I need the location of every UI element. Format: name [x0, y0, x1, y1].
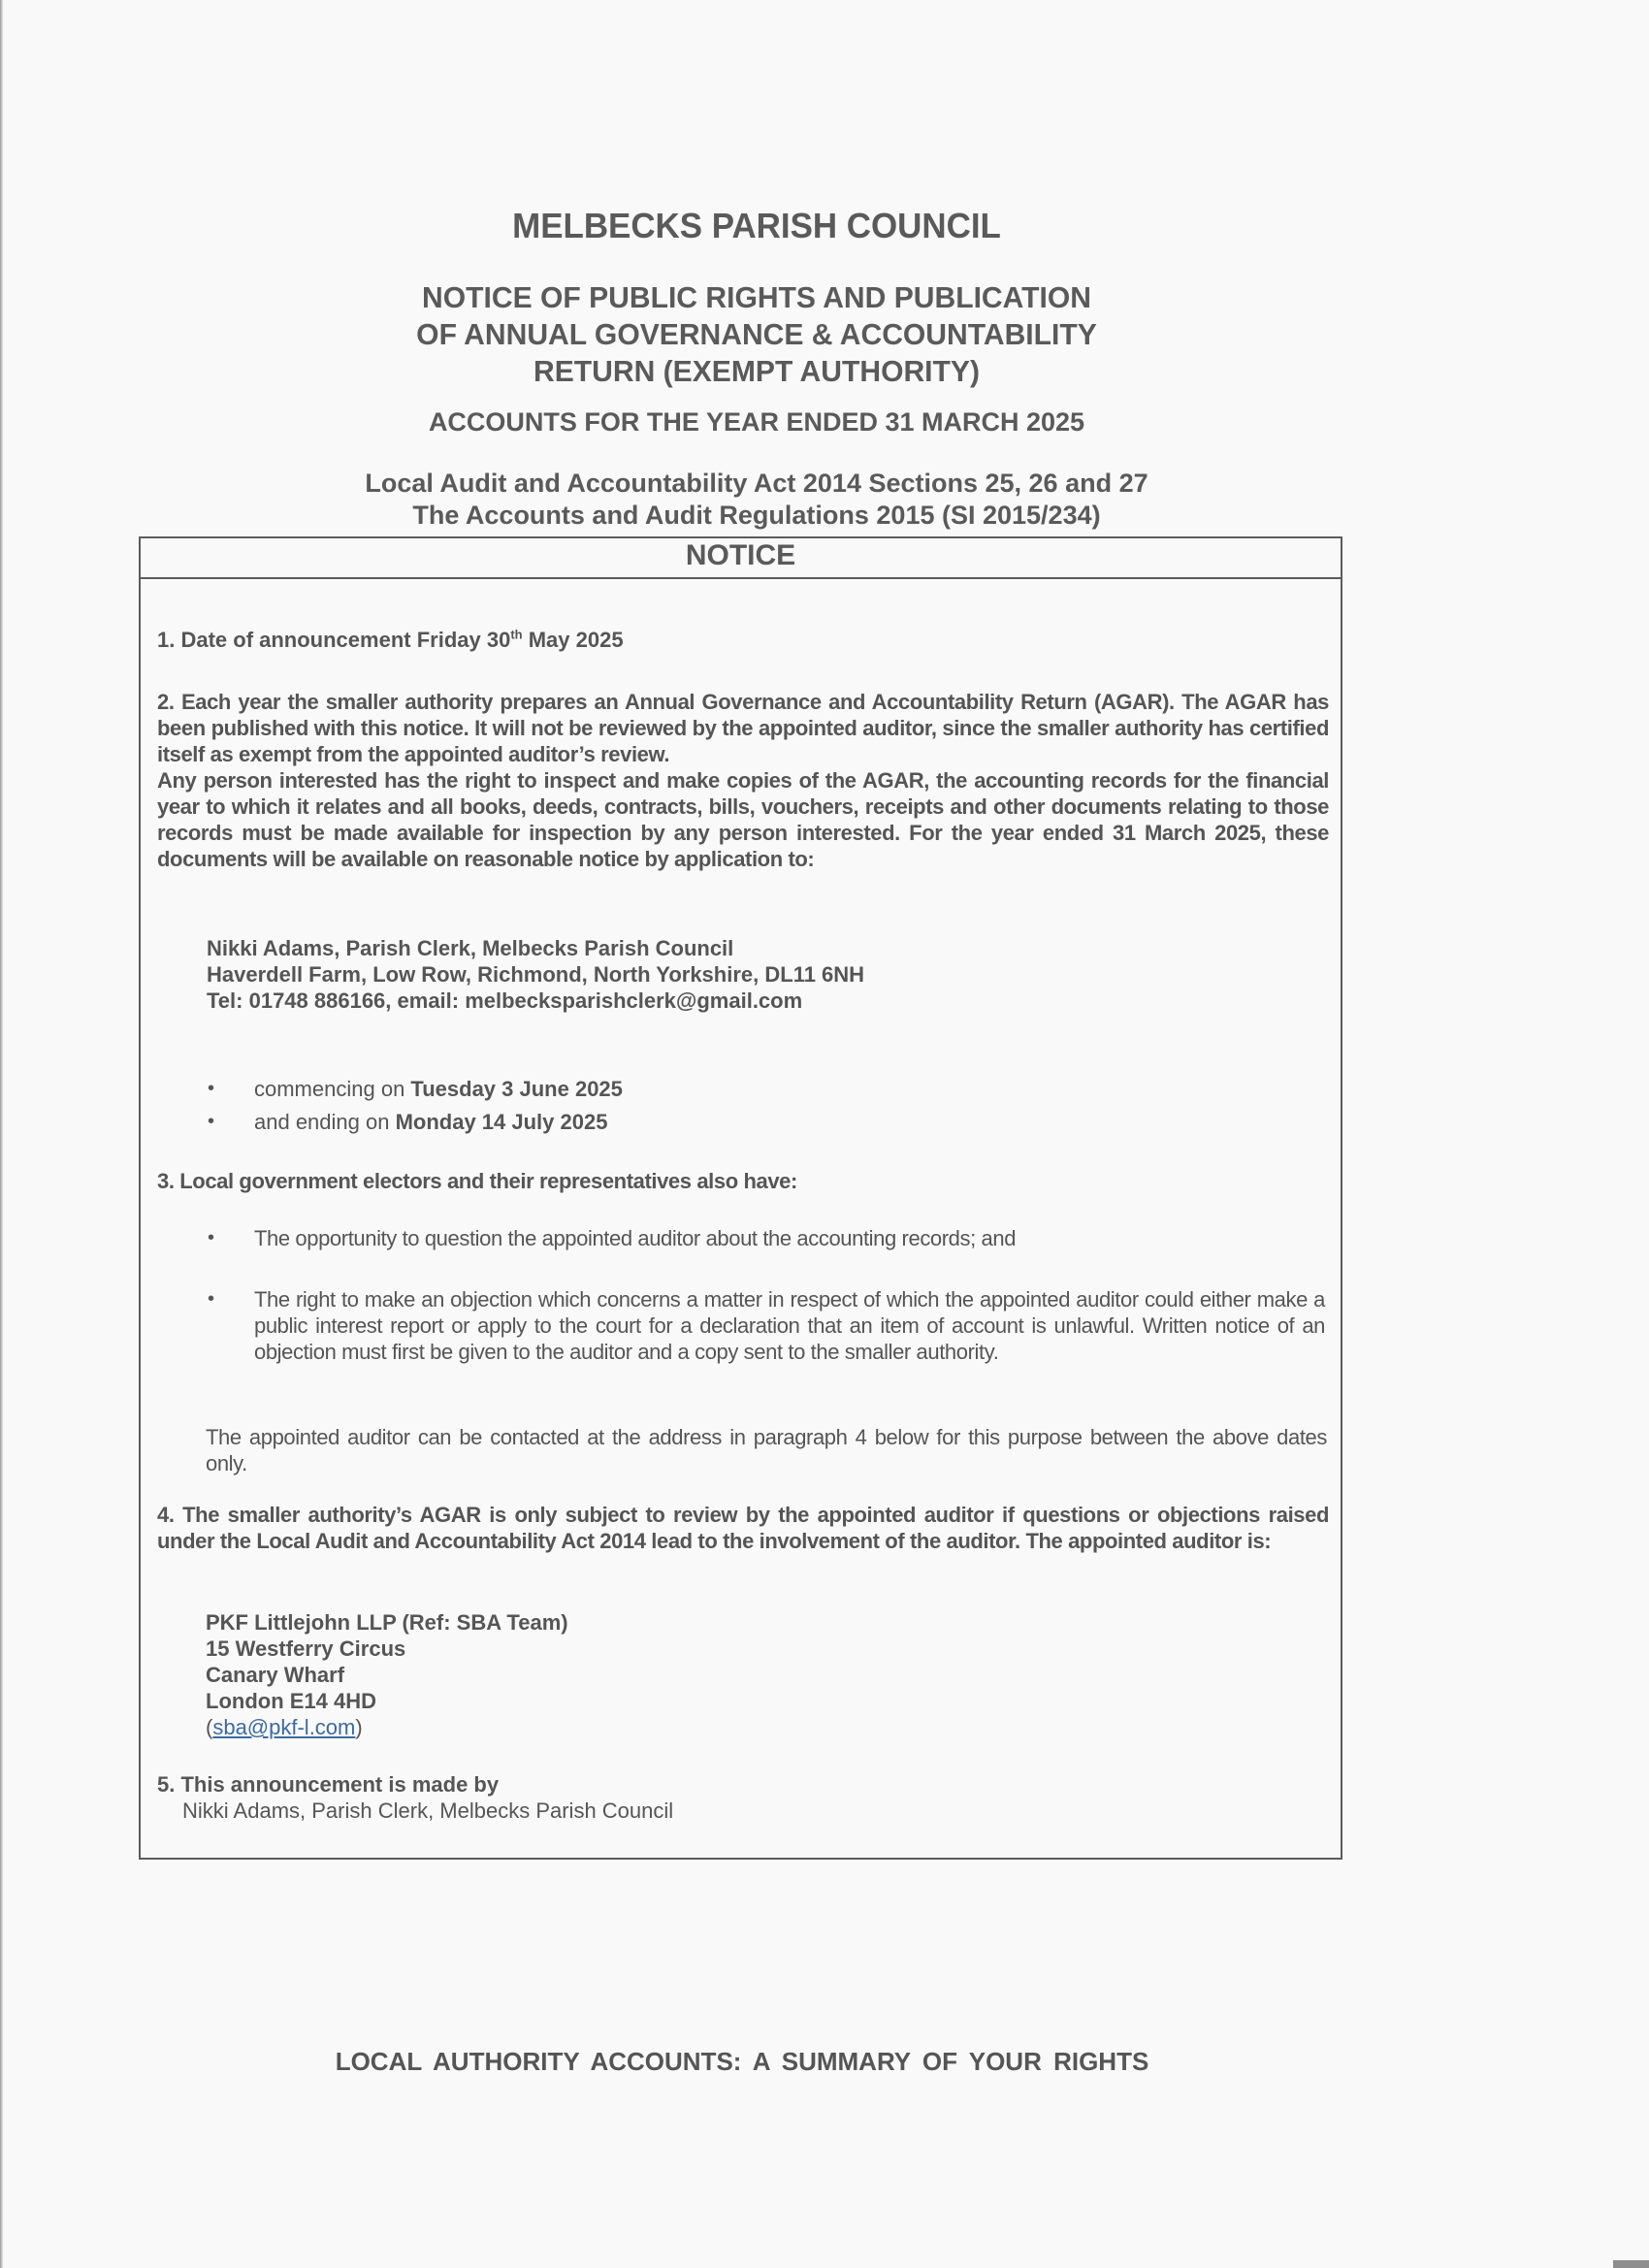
contact-name: Nikki Adams, Parish Clerk, Melbecks Pari… [207, 935, 1380, 961]
auditor-name: PKF Littlejohn LLP (Ref: SBA Team) [206, 1609, 1379, 1636]
list-item: • The opportunity to question the appoin… [157, 1225, 1331, 1251]
bullet-icon: • [208, 1109, 214, 1135]
council-title: MELBECKS PARISH COUNCIL [22, 206, 1490, 246]
accounts-year-line: ACCOUNTS FOR THE YEAR ENDED 31 MARCH 202… [0, 407, 1513, 437]
inspection-period-list: • commencing on Tuesday 3 June 2025 • an… [157, 1076, 1331, 1135]
auditor-email-link[interactable]: sba@pkf-l.com [212, 1715, 355, 1739]
summary-of-rights-heading: LOCAL AUTHORITY ACCOUNTS: A SUMMARY OF Y… [0, 2047, 1484, 2077]
section-5-heading: 5. This announcement is made by [157, 1771, 1331, 1798]
scan-corner-artifact [1613, 2260, 1649, 2268]
announcement-date-suffix: May 2025 [523, 628, 624, 652]
right-to-question: The opportunity to question the appointe… [254, 1226, 1016, 1250]
section-1-date: 1. Date of announcement Friday 30th May … [157, 627, 1331, 653]
announcer-name: Nikki Adams, Parish Clerk, Melbecks Pari… [157, 1798, 1331, 1824]
auditor-email-line: (sba@pkf-l.com) [206, 1714, 1379, 1740]
electors-rights-list-2: • The right to make an objection which c… [157, 1286, 1331, 1365]
notice-heading: NOTICE [141, 538, 1341, 579]
ordinal-suffix: th [510, 628, 522, 642]
list-item: • The right to make an objection which c… [157, 1286, 1331, 1365]
auditor-area: Canary Wharf [206, 1662, 1379, 1688]
legislation-line: The Accounts and Audit Regulations 2015 … [0, 500, 1513, 532]
subtitle-line: OF ANNUAL GOVERNANCE & ACCOUNTABILITY [22, 316, 1490, 353]
period-start-prefix: commencing on [254, 1077, 410, 1101]
legislation-line: Local Audit and Accountability Act 2014 … [0, 468, 1513, 500]
legislation-reference: Local Audit and Accountability Act 2014 … [0, 468, 1513, 532]
auditor-street: 15 Westferry Circus [206, 1636, 1379, 1662]
auditor-address-block: PKF Littlejohn LLP (Ref: SBA Team) 15 We… [206, 1609, 1379, 1740]
subtitle-line: RETURN (EXEMPT AUTHORITY) [22, 353, 1490, 390]
period-start-date: Tuesday 3 June 2025 [410, 1077, 623, 1101]
section-3-heading: 3. Local government electors and their r… [157, 1168, 1331, 1194]
auditor-contact-note: The appointed auditor can be contacted a… [206, 1424, 1327, 1476]
right-to-object: The right to make an objection which con… [254, 1287, 1325, 1364]
scan-edge-shadow [0, 0, 3, 2268]
list-item: • commencing on Tuesday 3 June 2025 [157, 1076, 1331, 1102]
bullet-icon: • [208, 1286, 214, 1312]
paren-close: ) [355, 1715, 362, 1739]
announcement-date-prefix: 1. Date of announcement Friday 30 [157, 628, 510, 652]
subtitle-line: NOTICE OF PUBLIC RIGHTS AND PUBLICATION [22, 279, 1490, 316]
section-5: 5. This announcement is made by Nikki Ad… [157, 1771, 1331, 1824]
period-end-date: Monday 14 July 2025 [396, 1110, 608, 1134]
bullet-icon: • [208, 1076, 214, 1102]
section-2-paragraph-a: 2. Each year the smaller authority prepa… [157, 689, 1329, 767]
section-4-paragraph: 4. The smaller authority’s AGAR is only … [157, 1502, 1329, 1554]
section-2-paragraph-b: Any person interested has the right to i… [157, 767, 1329, 872]
contact-phone-email: Tel: 01748 886166, email: melbecksparish… [207, 988, 1380, 1014]
notice-subtitle: NOTICE OF PUBLIC RIGHTS AND PUBLICATION … [22, 279, 1490, 390]
period-end-prefix: and ending on [254, 1110, 396, 1134]
electors-rights-list: • The opportunity to question the appoin… [157, 1225, 1331, 1251]
auditor-city-postcode: London E14 4HD [206, 1688, 1379, 1714]
list-item: • and ending on Monday 14 July 2025 [157, 1109, 1331, 1135]
clerk-contact-block: Nikki Adams, Parish Clerk, Melbecks Pari… [207, 935, 1380, 1014]
contact-address: Haverdell Farm, Low Row, Richmond, North… [207, 961, 1380, 988]
bullet-icon: • [208, 1225, 214, 1251]
